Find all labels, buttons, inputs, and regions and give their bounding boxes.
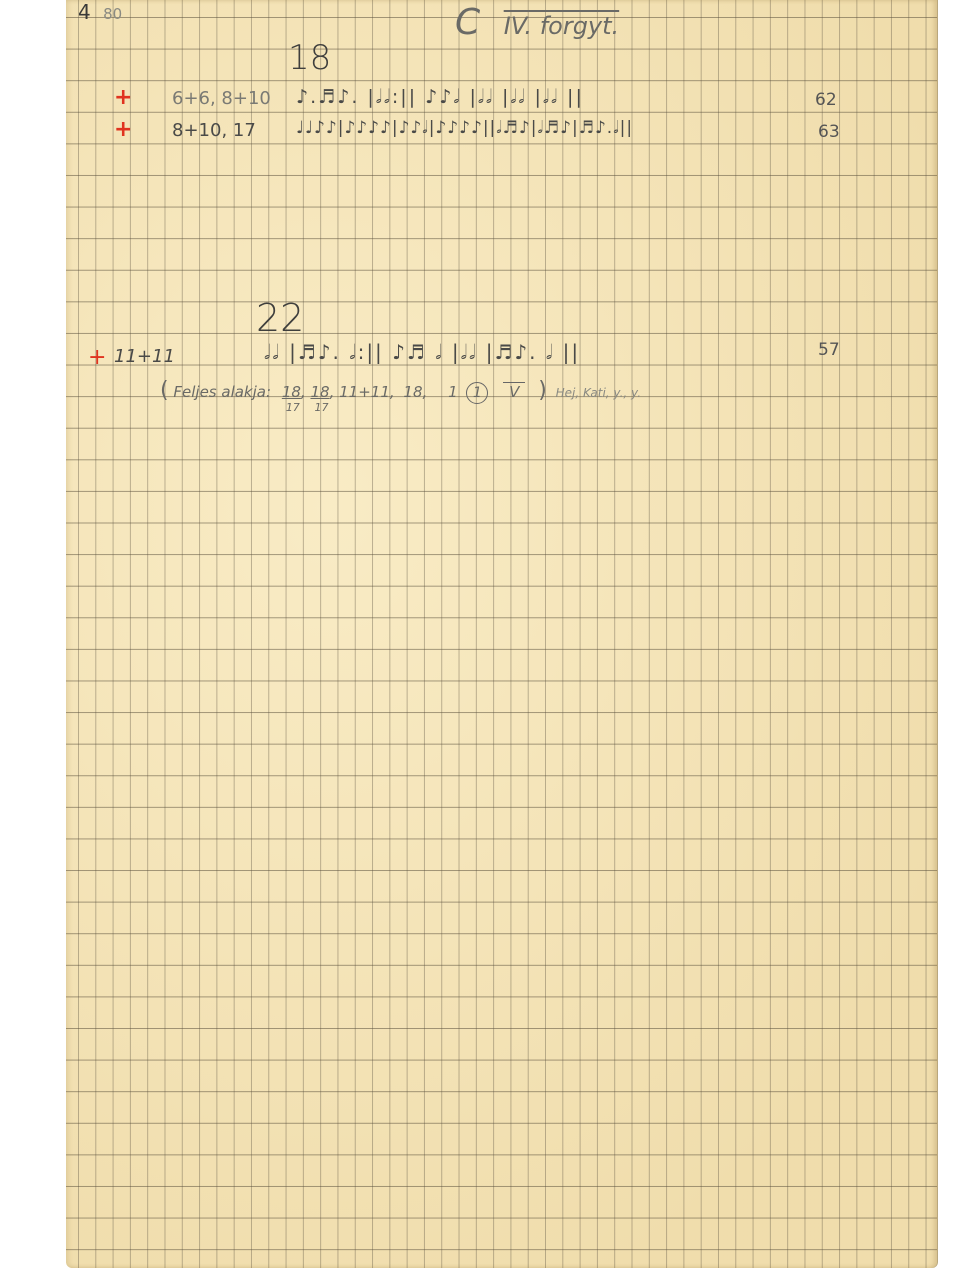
- key-letter: C: [455, 2, 480, 43]
- section-title-18: 18: [288, 38, 331, 78]
- row-number: 63: [818, 122, 840, 142]
- note-item: 18, 17: [282, 383, 306, 401]
- note-item-number: 18: [310, 383, 329, 401]
- red-plus-mark: +: [88, 345, 106, 370]
- graph-paper-sheet: [66, 0, 937, 1268]
- section-title-22: 22: [256, 296, 304, 340]
- note-label: Feljes alakja:: [173, 383, 271, 401]
- meter-value: 6+6, 8+10: [172, 88, 271, 109]
- section-label: IV. forgyt.: [504, 12, 619, 40]
- note-open-paren: (: [160, 378, 169, 403]
- corner-number-faint: 80: [103, 5, 122, 23]
- red-plus-mark: +: [114, 85, 132, 110]
- note-item: 18, 17: [310, 383, 334, 401]
- roman-numeral: V: [503, 382, 525, 401]
- meter-value: 11+11: [114, 346, 175, 367]
- red-plus-mark: +: [114, 117, 132, 142]
- row-number: 62: [815, 90, 837, 110]
- rhythm-notation: ♩♩♪♪|♪♪♪♪|♪♪𝅗𝅥|♪♪♪♪||𝅗𝅥♬♪|𝅗𝅥♬♪|♬♪.𝅗𝅥||: [296, 118, 633, 138]
- corner-number: 4: [78, 0, 91, 24]
- note-item: 11+11: [339, 383, 390, 401]
- variant-note: ( Feljes alakja: 18, 17 18, 17 11+11, 18…: [160, 378, 641, 404]
- note-annotation: Hej, Kati, y., y.: [556, 386, 641, 400]
- note-tail-number: 1: [448, 383, 458, 401]
- note-item: 18: [403, 383, 422, 401]
- note-item-sub: 17: [314, 401, 328, 414]
- rhythm-notation: ♪.♬♪. |𝅗𝅥𝅗𝅥:|| ♪♪𝅗𝅥 |𝅗𝅥𝅗𝅥 |𝅗𝅥𝅗𝅥 |𝅗𝅥𝅗𝅥 ||: [296, 86, 584, 108]
- note-item-sub: 17: [286, 401, 300, 414]
- circled-number: 1: [466, 382, 488, 404]
- row-number: 57: [818, 340, 840, 360]
- note-close-paren: ): [538, 378, 547, 403]
- page-header: C IV. forgyt.: [455, 2, 619, 43]
- meter-value: 8+10, 17: [172, 120, 256, 141]
- corner-label: 4 80: [78, 0, 122, 24]
- rhythm-notation: 𝅗𝅥𝅗𝅥 |♬♪. 𝅗𝅥:|| ♪♬ 𝅗𝅥 |𝅗𝅥𝅗𝅥 |♬♪. 𝅗𝅥 ||: [264, 340, 580, 364]
- note-item-number: 18: [282, 383, 301, 401]
